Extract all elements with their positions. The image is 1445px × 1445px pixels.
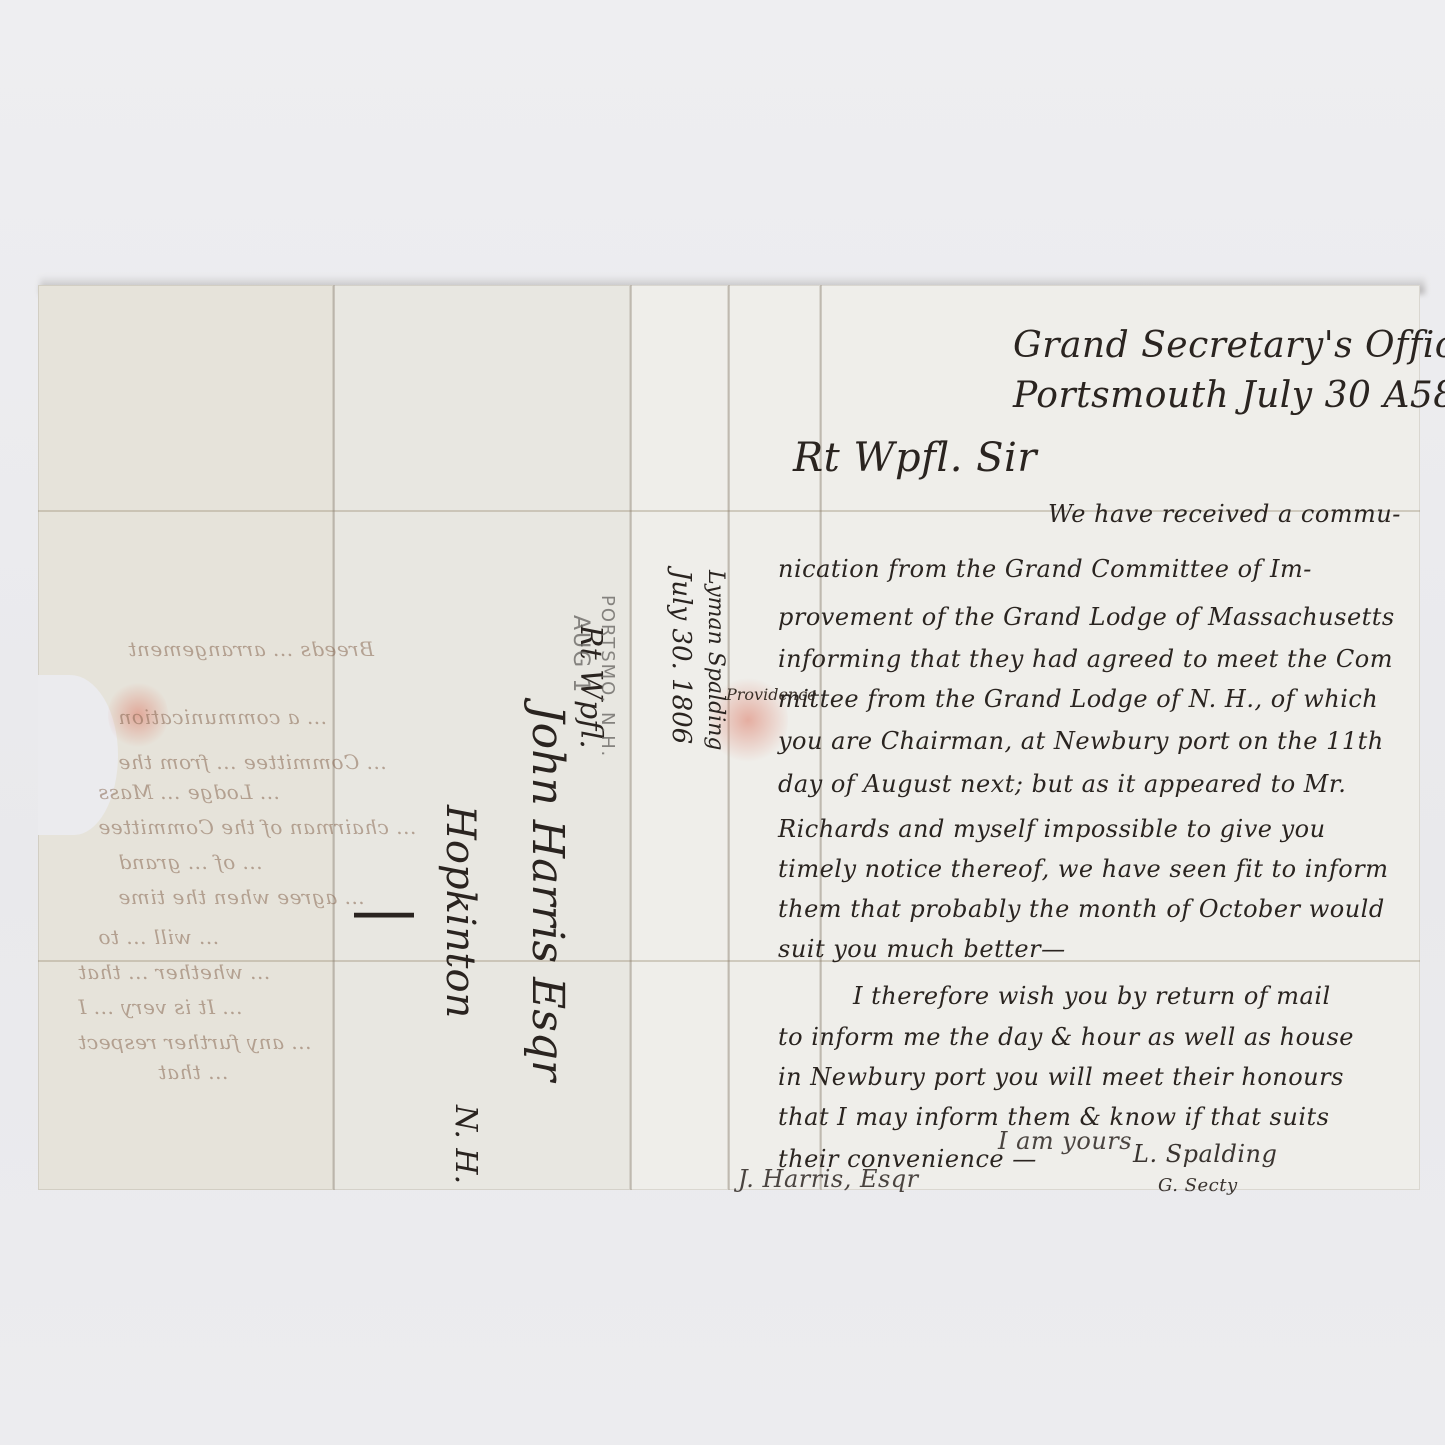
bleed-through-line: ... any further respect (78, 1030, 311, 1054)
body-line: suit you much better— (778, 935, 1066, 963)
body-line: timely notice thereof, we have seen fit … (778, 855, 1388, 883)
body-line: provement of the Grand Lodge of Massachu… (778, 603, 1395, 631)
fold-line (333, 285, 335, 1190)
letter-sheet: Breeds ... arrangement ... a communicati… (38, 285, 1420, 1190)
bleed-through-line: ... of ... grand (118, 850, 263, 874)
address-line-4: N. H. (448, 1105, 483, 1184)
body-line: nication from the Grand Committee of Im- (778, 555, 1312, 583)
body-line: I therefore wish you by return of mail (853, 982, 1331, 1010)
body-line: mittee from the Grand Lodge of N. H., of… (778, 685, 1378, 713)
bleed-through-line: ... will ... to (98, 925, 219, 949)
address-line-2: John Harris Esqr (522, 705, 573, 1081)
bleed-through-line: ... agree when the time (118, 885, 365, 909)
docket-line-2: July 30. 1806 (666, 570, 696, 744)
postmark-line-1: PORTSMO. N.H. (597, 595, 618, 758)
salutation: Rt Wpfl. Sir (793, 435, 1037, 481)
addressee-note: J. Harris, Esqr (738, 1165, 919, 1193)
body-line: to inform me the day & hour as well as h… (778, 1023, 1354, 1051)
body-line: them that probably the month of October … (778, 895, 1385, 923)
signature-name: L. Spalding (1133, 1140, 1277, 1168)
bleed-through-line: ... Committee ... from the (118, 750, 387, 774)
heading-line-2: Portsmouth July 30 A5806 (1013, 375, 1445, 416)
bleed-through-line: ... a communication (118, 705, 327, 729)
postage-rate-mark: | (353, 905, 423, 925)
body-line: in Newbury port you will meet their hono… (778, 1063, 1344, 1091)
body-line: you are Chairman, at Newbury port on the… (778, 727, 1384, 755)
bleed-through-line: ... It is very ... I (78, 995, 242, 1019)
bleed-through-line: ... Lodge ... Mass (98, 780, 280, 804)
bleed-through-line: ... whether ... that (78, 960, 270, 984)
body-line: day of August next; but as it appeared t… (778, 770, 1346, 798)
postmark-line-2: AUG 1 (568, 615, 593, 694)
address-line-3: Hopkinton (437, 805, 483, 1018)
heading-line-1: Grand Secretary's Office (1013, 325, 1445, 366)
docket-line-1: Lyman Spalding (703, 570, 728, 750)
body-line: informing that they had agreed to meet t… (778, 645, 1393, 673)
bleed-through-line: ... that (158, 1060, 228, 1084)
bleed-through-line: ... chairman of the Committee (98, 815, 416, 839)
closing: I am yours (998, 1127, 1132, 1155)
body-line: Richards and myself impossible to give y… (778, 815, 1326, 843)
bleed-through-line: Breeds ... arrangement (128, 637, 374, 661)
fold-line (630, 285, 632, 1190)
signature-title: G. Secty (1158, 1175, 1238, 1196)
body-line: We have received a commu- (1048, 500, 1401, 528)
